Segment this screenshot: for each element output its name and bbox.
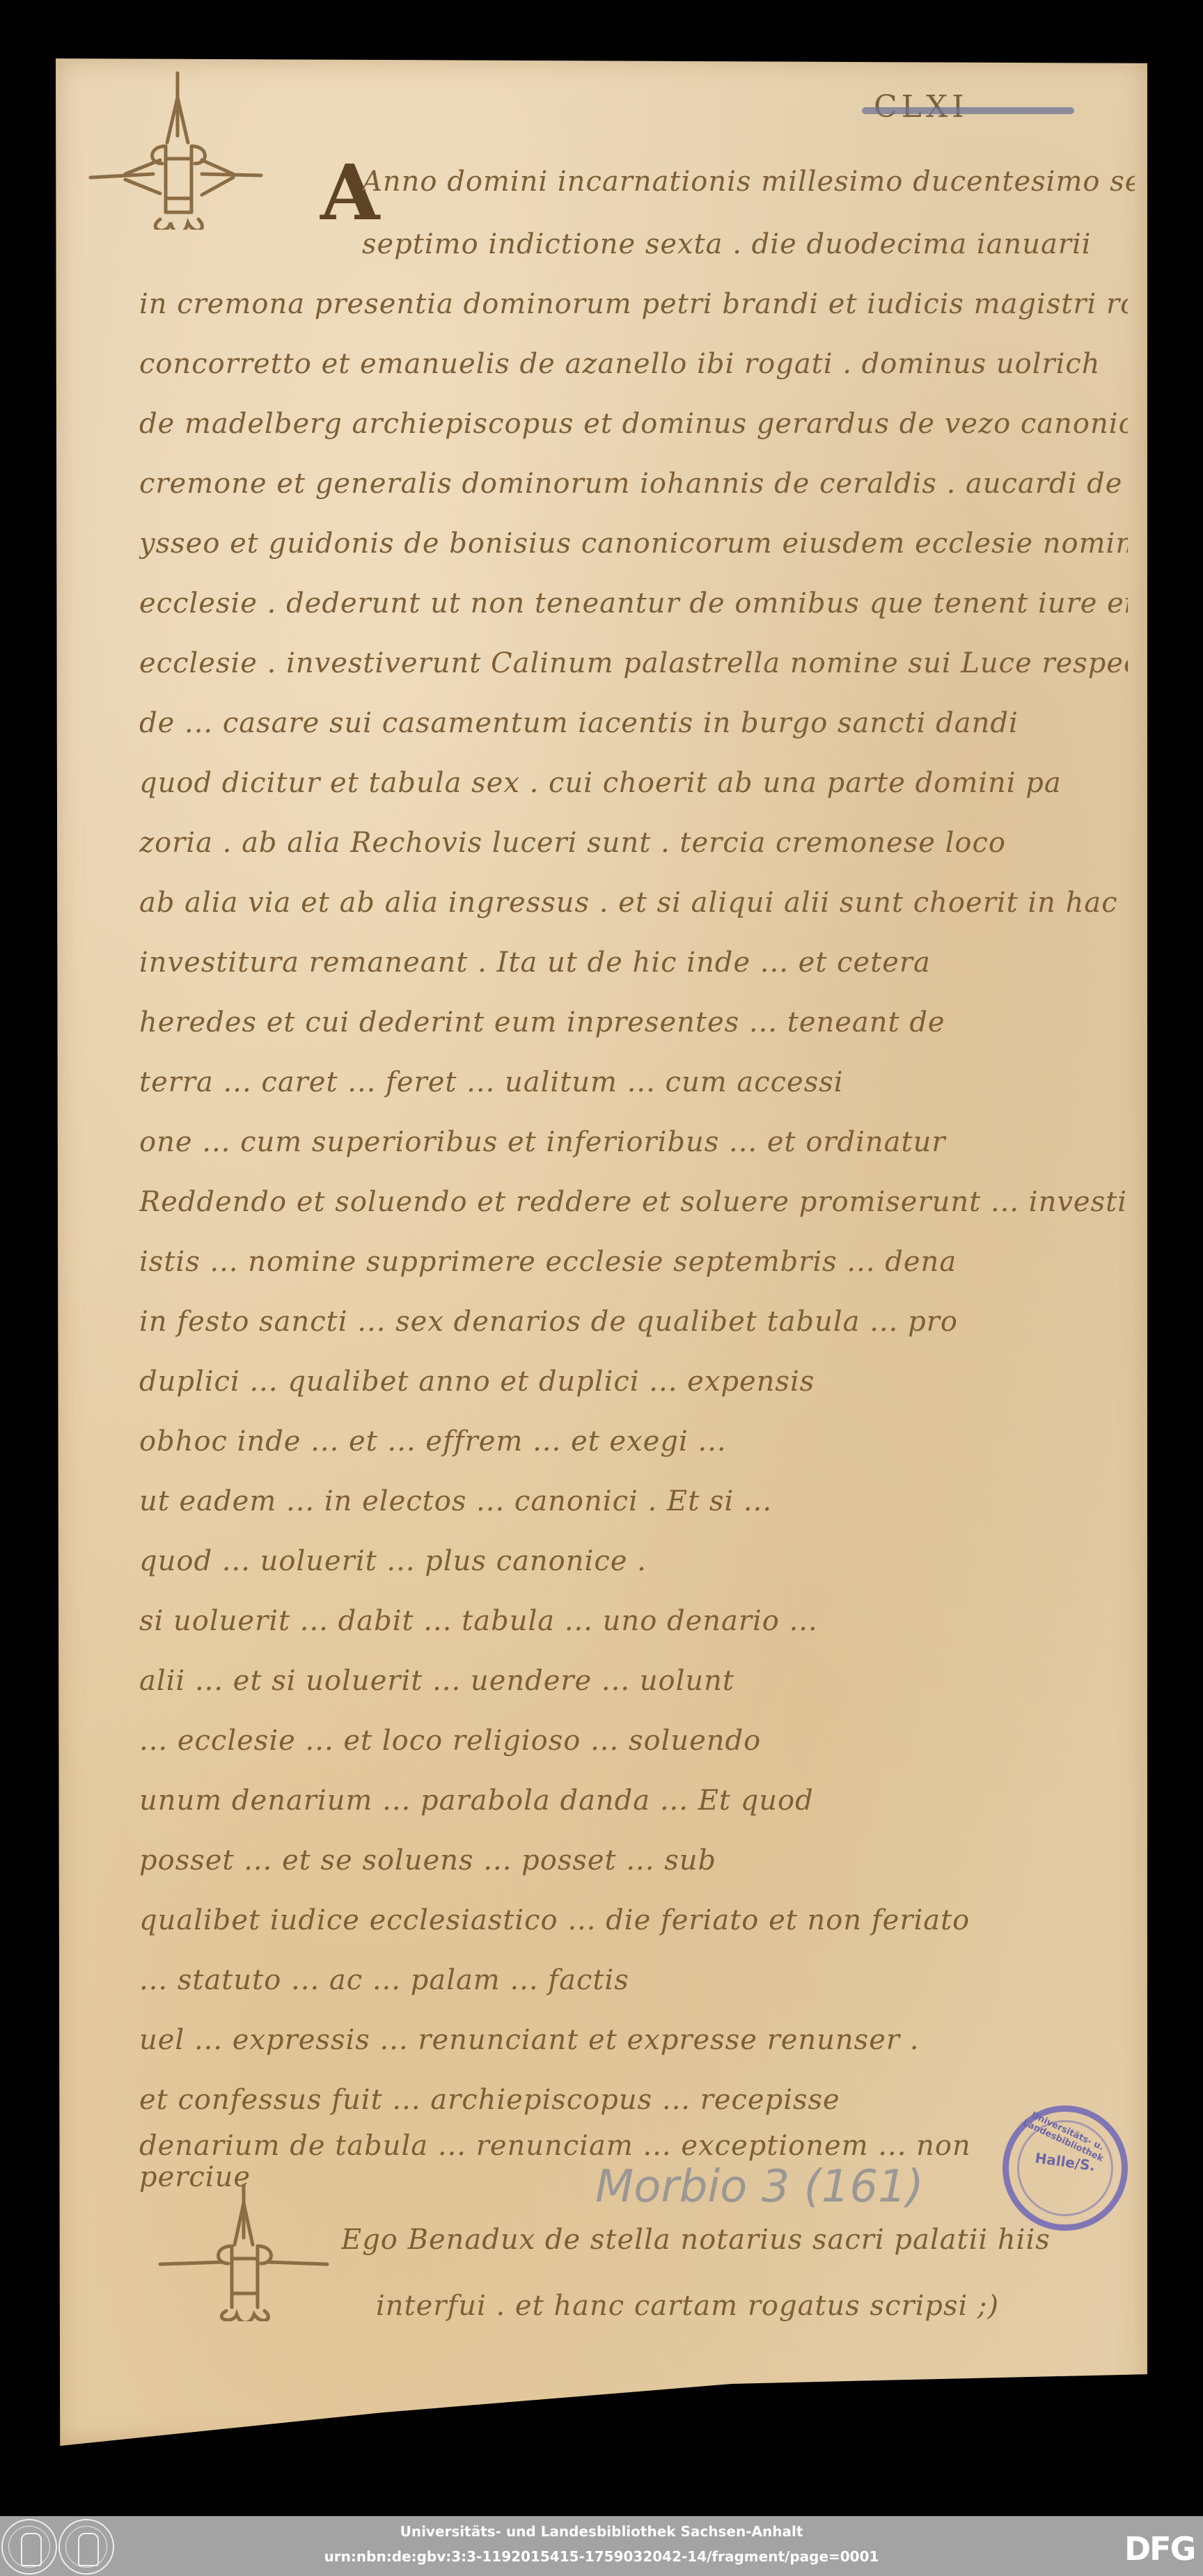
- text-line: investitura remaneant . Ita ut de hic in…: [139, 947, 1128, 979]
- footer-bar: Universitäts- und Landesbibliothek Sachs…: [0, 2516, 1203, 2576]
- image-viewport: CLXI A Anno domini incarnationis millesi…: [0, 0, 1203, 2516]
- text-line: zoria . ab alia Rechovis luceri sunt . t…: [139, 827, 1128, 859]
- text-line: si uoluerit ... dabit ... tabula ... uno…: [139, 1605, 1128, 1637]
- text-line: Anno domini incarnationis millesimo duce…: [362, 166, 1135, 198]
- text-line: cremone et generalis dominorum iohannis …: [139, 468, 1128, 500]
- text-line: quod ... uoluerit ... plus canonice .: [139, 1545, 1128, 1577]
- text-line: posset ... et se soluens ... posset ... …: [139, 1844, 1128, 1876]
- text-line: in festo sancti ... sex denarios de qual…: [139, 1306, 1128, 1338]
- text-line: uel ... expressis ... renunciant et expr…: [139, 2024, 1128, 2056]
- text-line: quod dicitur et tabula sex . cui choerit…: [139, 767, 1128, 799]
- text-line: obhoc inde ... et ... effrem ... et exeg…: [139, 1425, 1128, 1457]
- text-line: heredes et cui dederint eum inpresentes …: [139, 1006, 1128, 1038]
- text-line: septimo indictione sexta . die duodecima…: [362, 228, 1135, 260]
- text-line: qualibet iudice ecclesiastico ... die fe…: [139, 1904, 1128, 1936]
- text-line: denarium de tabula ... renunciam ... exc…: [139, 2130, 975, 2162]
- text-line: Reddendo et soluendo et reddere et solue…: [139, 1186, 1128, 1218]
- text-line: ecclesie . investiverunt Calinum palastr…: [139, 647, 1128, 679]
- text-line: de madelberg archiepiscopus et dominus g…: [139, 408, 1128, 440]
- text-line: istis ... nomine supprimere ecclesie sep…: [139, 1246, 1128, 1278]
- text-line: ysseo et guidonis de bonisius canonicoru…: [139, 528, 1128, 560]
- text-line: duplici ... qualibet anno et duplici ...…: [139, 1366, 1128, 1398]
- notarial-sign-bottom-icon: [157, 2182, 331, 2321]
- text-line: et confessus fuit ... archiepiscopus ...…: [139, 2084, 1128, 2116]
- shelfmark-strikethrough: [862, 107, 1074, 114]
- text-line: unum denarium ... parabola danda ... Et …: [139, 1785, 1128, 1817]
- dfg-logo: DFG: [1124, 2530, 1195, 2568]
- text-line: alii ... et si uoluerit ... uendere ... …: [139, 1665, 1128, 1697]
- text-line: ecclesie . dederunt ut non teneantur de …: [139, 587, 1128, 619]
- text-line: terra ... caret ... feret ... ualitum ..…: [139, 1066, 1128, 1098]
- footer-institution: Universitäts- und Landesbibliothek Sachs…: [0, 2523, 1203, 2540]
- footer-urn[interactable]: urn:nbn:de:gbv:3:3-1192015415-1759032042…: [0, 2548, 1203, 2565]
- closing-line: Ego Benadux de stella notarius sacri pal…: [341, 2224, 1142, 2256]
- pencil-shelfmark: Morbio 3 (161): [595, 2161, 924, 2213]
- text-line: ab alia via et ab alia ingressus . et si…: [139, 887, 1128, 919]
- text-line: ... statuto ... ac ... palam ... factis: [139, 1964, 1128, 1996]
- text-line: ut eadem ... in electos ... canonici . E…: [139, 1485, 1128, 1517]
- text-line: one ... cum superioribus et inferioribus…: [139, 1126, 1128, 1158]
- notarial-sign-top-icon: [84, 70, 265, 230]
- text-line: concorretto et emanuelis de azanello ibi…: [139, 348, 1128, 380]
- text-line: ... ecclesie ... et loco religioso ... s…: [139, 1725, 1128, 1757]
- text-line: de ... casare sui casamentum iacentis in…: [139, 707, 1128, 739]
- closing-line: interfui . et hanc cartam rogatus scrips…: [376, 2290, 1142, 2322]
- text-line: in cremona presentia dominorum petri bra…: [139, 288, 1128, 320]
- library-stamp: Universitäts- u. Landesbibliothek Halle/…: [1002, 2105, 1128, 2231]
